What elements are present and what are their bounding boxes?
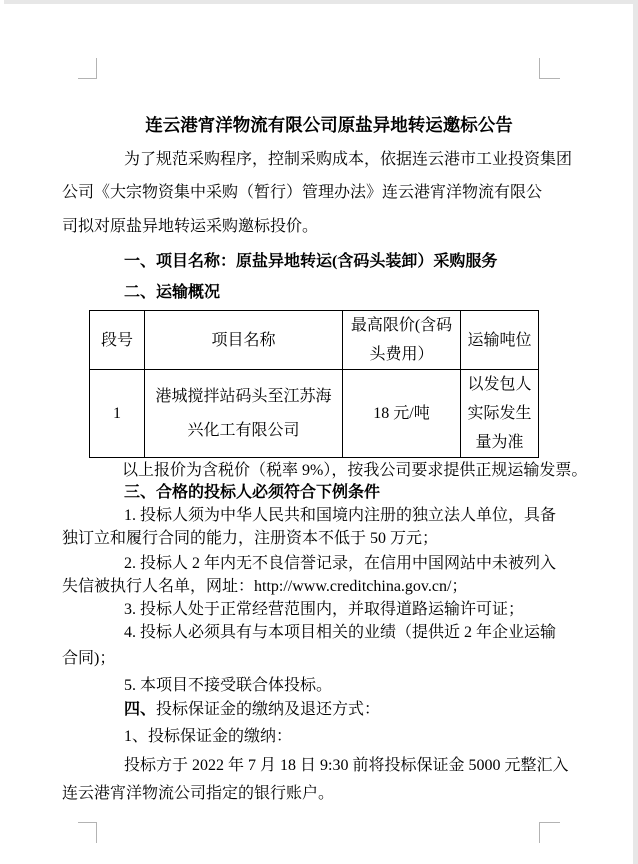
section1-heading-project-name: 一、项目名称：原盐异地转运(含码头装卸）采购服务	[62, 250, 638, 273]
bidder-condition-item-2: 2. 投标人 2 年内无不良信誉记录，在信用中国网站中未被列入失信被执行人名单，…	[62, 552, 576, 598]
crop-mark-bottom-right	[539, 822, 560, 843]
tax-note: 以上报价为含税价（税率 9%），按我公司要求提供正规运输发票。	[62, 459, 636, 482]
crop-mark-top-left	[78, 58, 97, 79]
crop-mark-bottom-left	[78, 822, 97, 843]
section4-heading-text: 投标保证金的缴纳及退还方式：	[156, 701, 380, 718]
transport-table: 段号 项目名称 最高限价(含码头费用） 运输吨位 1 港城搅拌站码头至江苏海兴化…	[89, 310, 539, 458]
text-line: 5. 本项目不接受联合体投标。	[62, 674, 576, 697]
page-edge-top	[4, 0, 638, 4]
table-cell-project-name: 港城搅拌站码头至江苏海兴化工有限公司	[145, 370, 343, 458]
text-line: 1. 投标人须为中华人民共和国境内注册的独立法人单位，具备	[62, 504, 576, 527]
table-header-tonnage: 运输吨位	[461, 311, 539, 370]
table-header-row: 段号 项目名称 最高限价(含码头费用） 运输吨位	[90, 311, 539, 370]
text-line: 司拟对原盐异地转运采购邀标投价。	[62, 210, 576, 243]
text-line: 合同)；	[62, 646, 576, 672]
section4-heading-bid-bond: 四、投标保证金的缴纳及退还方式：	[62, 698, 638, 721]
sub-heading-bond-payment: 1、投标保证金的缴纳：	[62, 725, 638, 748]
text-line: 2. 投标人 2 年内无不良信誉记录，在信用中国网站中未被列入	[62, 552, 576, 575]
text-line: 4. 投标人必须具有与本项目相关的业绩（提供近 2 年企业运输	[62, 620, 576, 646]
text-line: 为了规范采购程序，控制采购成本，依据连云港市工业投资集团	[62, 143, 576, 176]
table-cell-max-price: 18 元/吨	[343, 370, 461, 458]
text-line: 3. 投标人处于正常经营范围内，并取得道路运输许可证；	[62, 598, 576, 621]
document-page: 连云港宵洋物流有限公司原盐异地转运邀标公告 为了规范采购程序，控制采购成本，依据…	[0, 0, 638, 864]
bidder-condition-item-5: 5. 本项目不接受联合体投标。	[62, 674, 576, 697]
table-row: 1 港城搅拌站码头至江苏海兴化工有限公司 18 元/吨 以发包人实际发生量为准	[90, 370, 539, 458]
text-line: 独订立和履行合同的能力，注册资本不低于 50 万元；	[62, 527, 576, 550]
table-cell-tonnage: 以发包人实际发生量为准	[461, 370, 539, 458]
crop-mark-top-right	[539, 58, 560, 79]
table-header-segment-no: 段号	[90, 311, 145, 370]
section4-heading-prefix: 四、	[124, 701, 156, 718]
table-header-project-name: 项目名称	[145, 311, 343, 370]
text-line: 失信被执行人名单，网址：http://www.creditchina.gov.c…	[62, 575, 576, 598]
document-title: 连云港宵洋物流有限公司原盐异地转运邀标公告	[62, 112, 576, 138]
table-header-max-price: 最高限价(含码头费用）	[343, 311, 461, 370]
section3-heading-bidder-conditions: 三、合格的投标人必须符合下例条件	[62, 481, 638, 504]
bidder-condition-item-3: 3. 投标人处于正常经营范围内，并取得道路运输许可证；	[62, 598, 576, 621]
table-cell-segment-no: 1	[90, 370, 145, 458]
text-line: 公司《大宗物资集中采购（暂行）管理办法》连云港宵洋物流有限公	[62, 176, 576, 209]
text-line: 投标方于 2022 年 7 月 18 日 9:30 前将投标保证金 5000 元…	[62, 752, 576, 780]
bond-payment-paragraph: 投标方于 2022 年 7 月 18 日 9:30 前将投标保证金 5000 元…	[62, 752, 576, 808]
section2-heading-transport-overview: 二、运输概况	[62, 281, 638, 304]
text-line: 连云港宵洋物流公司指定的银行账户。	[62, 780, 576, 808]
bidder-condition-item-1: 1. 投标人须为中华人民共和国境内注册的独立法人单位，具备独订立和履行合同的能力…	[62, 504, 576, 550]
intro-paragraph: 为了规范采购程序，控制采购成本，依据连云港市工业投资集团公司《大宗物资集中采购（…	[62, 143, 576, 243]
bidder-condition-item-4: 4. 投标人必须具有与本项目相关的业绩（提供近 2 年企业运输合同)；	[62, 620, 576, 672]
